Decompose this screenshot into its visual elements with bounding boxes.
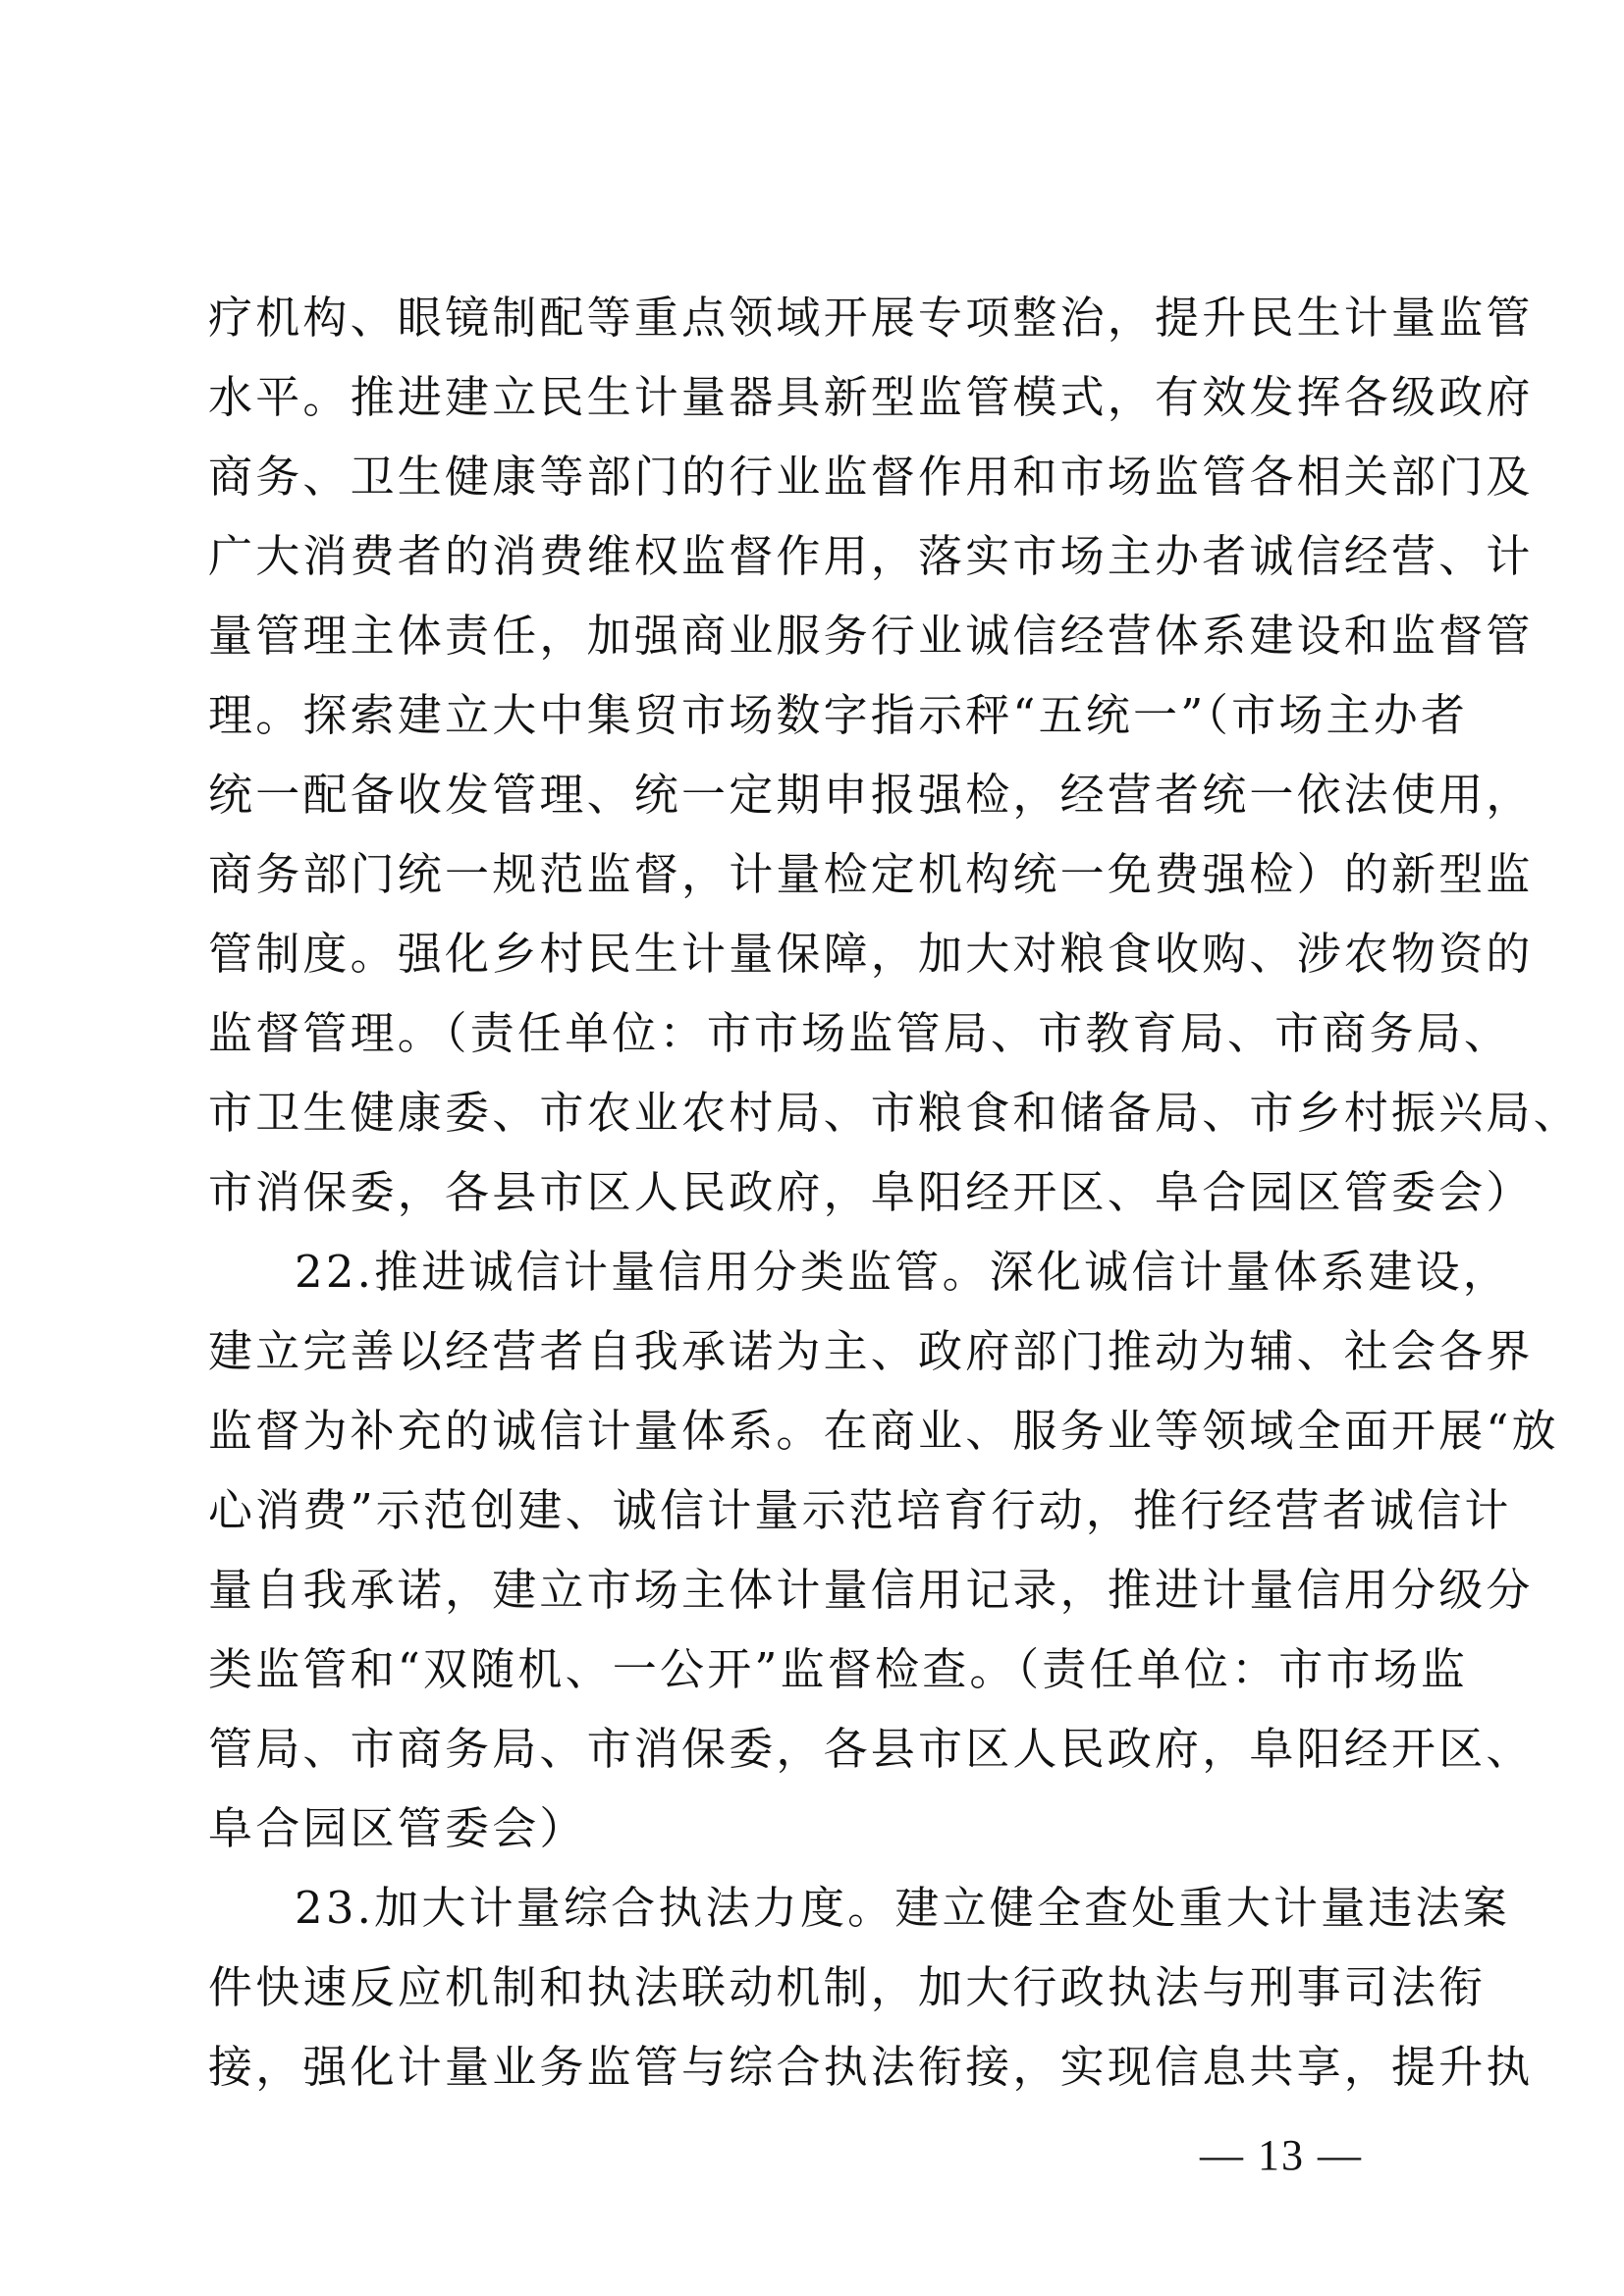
document-page: 疗机构、眼镜制配等重点领域开展专项整治，提升民生计量监管 水平。推进建立民生计量…	[0, 0, 1624, 2296]
section-heading-22: 22.推进诚信计量信用分类监管。深化诚信计量体系建设，	[208, 1232, 1426, 1311]
text-line: 监督管理。（责任单位：市市场监管局、市教育局、市商务局、	[208, 993, 1426, 1073]
text-line: 商务、卫生健康等部门的行业监督作用和市场监管各相关部门及	[208, 437, 1426, 516]
text-line: 阜合园区管委会）	[208, 1789, 1426, 1868]
text-line: 量自我承诺，建立市场主体计量信用记录，推进计量信用分级分	[208, 1550, 1426, 1629]
text-line: 统一配备收发管理、统一定期申报强检，经营者统一依法使用，	[208, 755, 1426, 834]
text-line: 量管理主体责任，加强商业服务行业诚信经营体系建设和监督管	[208, 596, 1426, 675]
text-line: 管局、市商务局、市消保委，各县市区人民政府，阜阳经开区、	[208, 1709, 1426, 1789]
text-line: 管制度。强化乡村民生计量保障，加大对粮食收购、涉农物资的	[208, 914, 1426, 993]
text-line: 市卫生健康委、市农业农村局、市粮食和储备局、市乡村振兴局、	[208, 1073, 1426, 1152]
page-number: — 13 —	[1200, 2128, 1363, 2183]
text-line: 理。探索建立大中集贸市场数字指示秤“五统一”（市场主办者	[208, 675, 1426, 755]
text-line: 市消保委，各县市区人民政府，阜阳经开区、阜合园区管委会）	[208, 1152, 1426, 1232]
text-line: 接，强化计量业务监管与综合执法衔接，实现信息共享，提升执	[208, 2027, 1426, 2107]
text-line: 心消费”示范创建、诚信计量示范培育行动，推行经营者诚信计	[208, 1470, 1426, 1550]
text-line: 水平。推进建立民生计量器具新型监管模式，有效发挥各级政府	[208, 357, 1426, 437]
body-text: 疗机构、眼镜制配等重点领域开展专项整治，提升民生计量监管 水平。推进建立民生计量…	[208, 278, 1426, 2107]
text-line: 类监管和“双随机、一公开”监督检查。（责任单位：市市场监	[208, 1629, 1426, 1709]
text-line: 建立完善以经营者自我承诺为主、政府部门推动为辅、社会各界	[208, 1311, 1426, 1391]
text-line: 疗机构、眼镜制配等重点领域开展专项整治，提升民生计量监管	[208, 278, 1426, 357]
text-line: 件快速反应机制和执法联动机制，加大行政执法与刑事司法衔	[208, 1948, 1426, 2027]
text-line: 商务部门统一规范监督，计量检定机构统一免费强检）的新型监	[208, 834, 1426, 914]
section-heading-23: 23.加大计量综合执法力度。建立健全查处重大计量违法案	[208, 1868, 1426, 1948]
text-line: 监督为补充的诚信计量体系。在商业、服务业等领域全面开展“放	[208, 1391, 1426, 1470]
text-line: 广大消费者的消费维权监督作用，落实市场主办者诚信经营、计	[208, 516, 1426, 596]
